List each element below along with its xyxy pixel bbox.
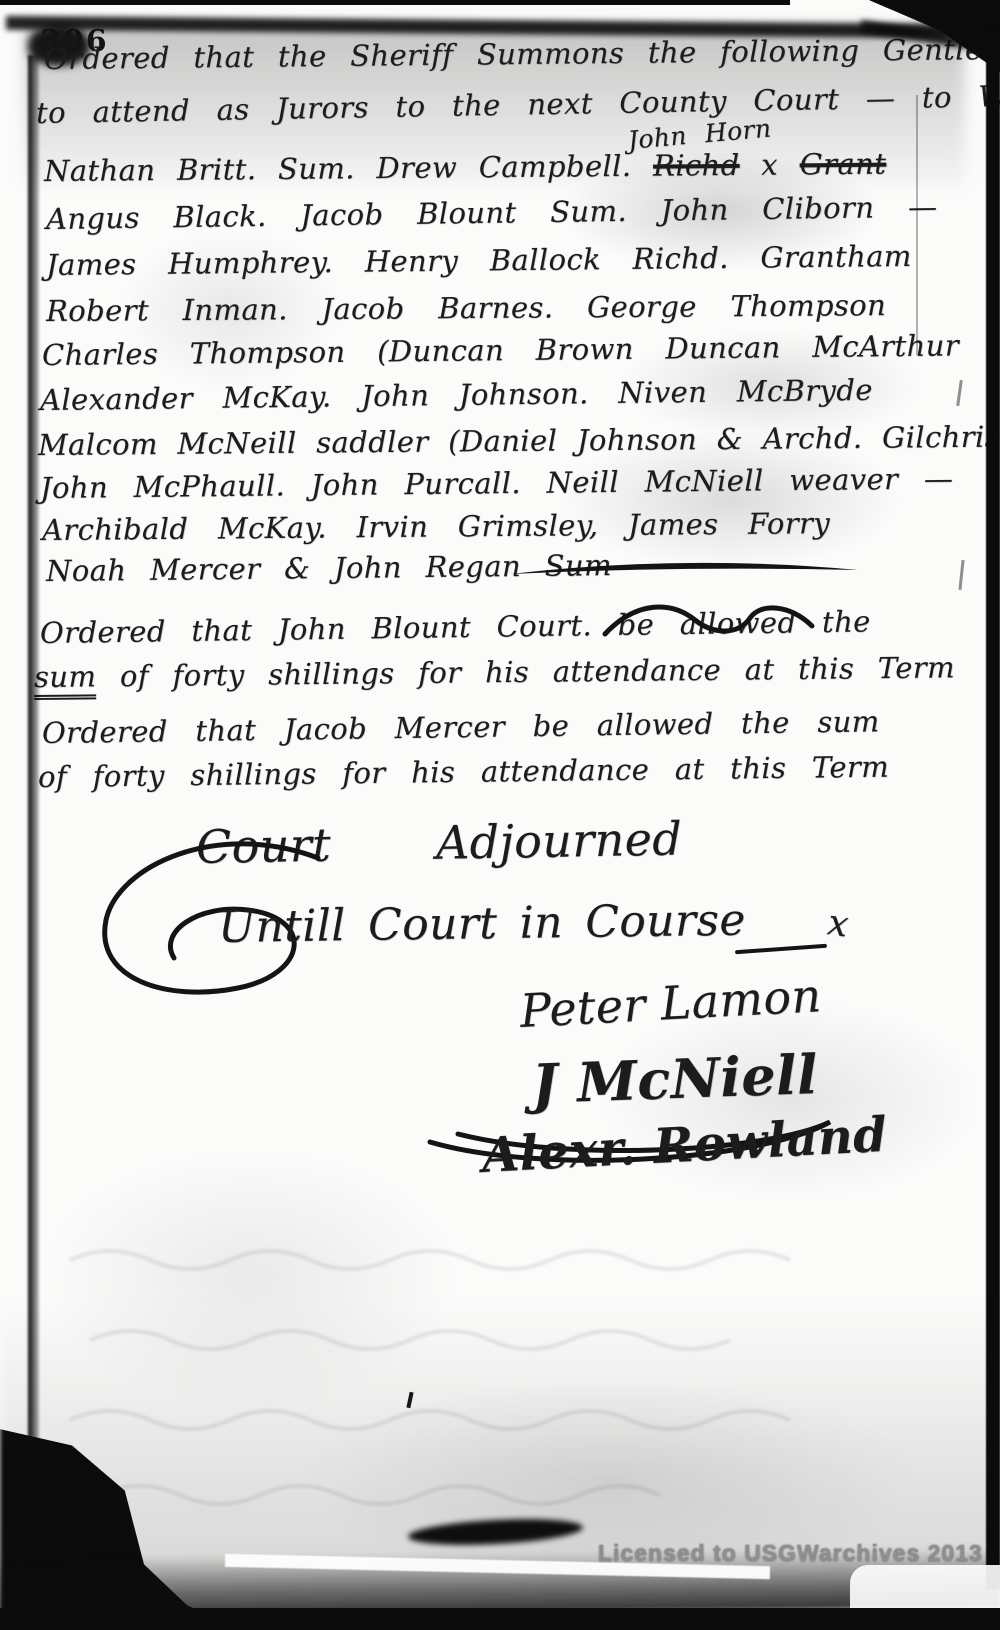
manuscript-line: Angus Black. Jacob Blount Sum. John Clib… [46, 190, 938, 236]
manuscript-line: Charles Thompson (Duncan Brown Duncan Mc… [42, 328, 959, 372]
underlined-word: sum [34, 659, 97, 700]
manuscript-line: Ordered that Jacob Mercer be allowed the… [42, 704, 880, 750]
manuscript-line: Alexander McKay. John Johnson. Niven McB… [40, 373, 873, 417]
signature: Peter Lamon [519, 968, 823, 1038]
scan-edge-top-line [0, 0, 790, 5]
scan-edge-bottom-bar [0, 1608, 1000, 1630]
flourish-dash [735, 944, 827, 954]
book-binding-edge [986, 26, 1000, 1590]
flourish-swoosh [510, 560, 860, 584]
manuscript-text: Nathan Britt. Sum. Drew Campbell. [44, 149, 632, 188]
manuscript-line: Malcom McNeill saddler (Daniel Johnson &… [38, 420, 1000, 462]
manuscript-line: James Humphrey. Henry Ballock Richd. Gra… [46, 239, 912, 282]
manuscript-line: to attend as Jurors to the next County C… [36, 79, 1000, 130]
bleedthrough-ghost-writing [60, 1230, 940, 1560]
manuscript-text: of forty shillings for his attendance at… [120, 650, 955, 693]
struck-word: Grant [799, 147, 886, 182]
page-edge-line [958, 560, 964, 590]
watermark: Licensed to USGWarchives 2013 [598, 1540, 983, 1567]
closing-word: Adjourned [436, 812, 683, 870]
page-edge-line [916, 95, 918, 355]
closing-mark: x [825, 902, 851, 945]
manuscript-line: John McPhaull. John Purcall. Neill McNie… [40, 461, 954, 505]
page-bottom-highlight [850, 1565, 1000, 1610]
manuscript-line: sum of forty shillings for his attendanc… [34, 650, 955, 694]
manuscript-line: Ordered that the Sheriff Summons the fol… [44, 31, 1000, 76]
page-edge-line [956, 380, 963, 406]
manuscript-line: Nathan Britt. Sum. Drew Campbell. Richd … [44, 147, 887, 188]
page-top-edge [6, 16, 956, 38]
correction-mark: x [761, 148, 778, 182]
manuscript-line: Archibald McKay. Irvin Grimsley, James F… [42, 506, 830, 547]
page-left-edge [28, 55, 39, 1445]
manuscript-line: Robert Inman. Jacob Barnes. George Thomp… [46, 288, 886, 328]
scanned-document-page: 306 Ordered that the Sheriff Summons the… [0, 0, 1000, 1630]
struck-word: Richd [653, 148, 740, 183]
manuscript-line: of forty shillings for his attendance at… [38, 750, 889, 794]
closing-line-untill: Untill Court in Course [218, 895, 747, 953]
flourish-loops [600, 596, 820, 648]
